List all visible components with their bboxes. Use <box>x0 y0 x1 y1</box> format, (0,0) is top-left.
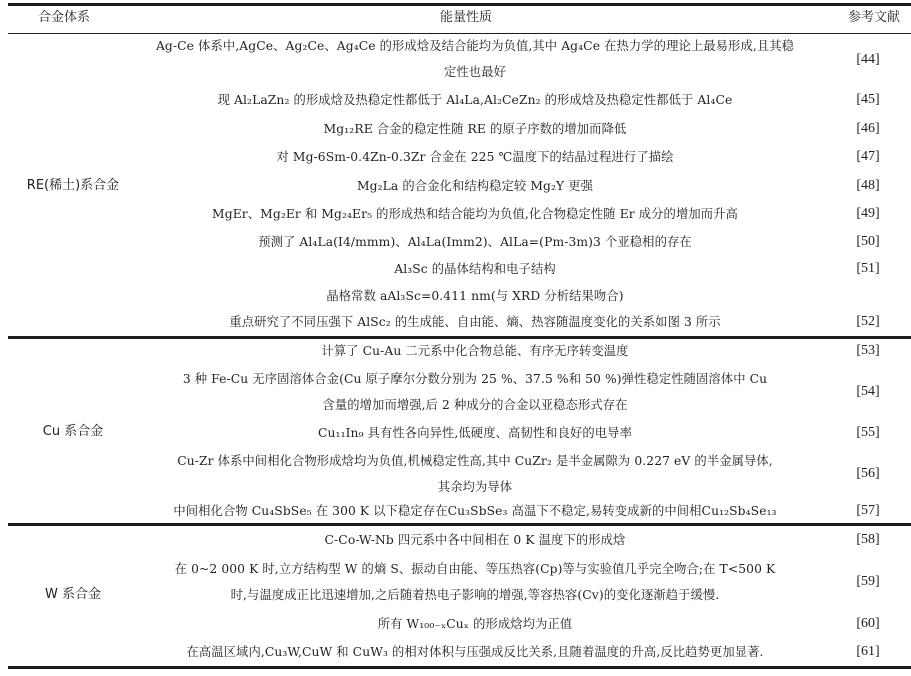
property-line: 定性也最好 <box>130 59 820 85</box>
property-line: 时,与温度成正比迅速增加,之后随着热电子影响的增强,等容热容(Cv)的变化逐渐趋… <box>130 582 820 608</box>
reference-cell: [45] <box>838 91 898 109</box>
table-row-property: MgEr、Mg₂Er 和 Mg₂₄Er₅ 的形成热和结合能均为负值,化合物稳定性… <box>130 201 820 227</box>
table-row-property: Ag-Ce 体系中,AgCe、Ag₂Ce、Ag₄Ce 的形成焓及结合能均为负值,… <box>130 33 820 85</box>
property-line: 其余均为导体 <box>130 474 820 500</box>
reference-cell: [53] <box>838 342 898 360</box>
table-row-property: 预测了 Al₄La(I4/mmm)、Al₄La(Imm2)、AlLa=(Pm-3… <box>130 229 820 255</box>
table-row-property: 对 Mg-6Sm-0.4Zn-0.3Zr 合金在 225 ℃温度下的结晶过程进行… <box>130 144 820 170</box>
table-row-property: Cu₁₁In₉ 具有性各向异性,低硬度、高韧性和良好的电导率 <box>130 420 820 446</box>
category-cu-alloys: Cu 系合金 <box>8 423 138 441</box>
reference-cell: [57] <box>838 502 898 520</box>
table-row-property: 晶格常数 aAl₃Sc=0.411 nm(与 XRD 分析结果吻合) <box>130 283 820 309</box>
table-row-property: 3 种 Fe-Cu 无序固溶体合金(Cu 原子摩尔分数分别为 25 %、37.5… <box>130 366 820 418</box>
table-row-property: C-Co-W-Nb 四元系中各中间相在 0 K 温度下的形成焓 <box>130 527 820 553</box>
reference-cell: [49] <box>838 205 898 223</box>
category-w-alloys: W 系合金 <box>8 586 138 604</box>
table-top-rule <box>8 3 911 6</box>
header-system: 合金体系 <box>38 9 90 27</box>
reference-cell: [60] <box>838 615 898 633</box>
reference-cell: [61] <box>838 643 898 661</box>
table-row-property: Al₃Sc 的晶体结构和电子结构 <box>130 256 820 282</box>
reference-cell: [55] <box>838 424 898 442</box>
header-reference: 参考文献 <box>848 9 900 27</box>
table-row-property: 所有 W₁₀₀₋ₓCuₓ 的形成焓均为正值 <box>130 611 820 637</box>
table-row-property: 计算了 Cu-Au 二元系中化合物总能、有序无序转变温度 <box>130 338 820 364</box>
reference-cell: [47] <box>838 148 898 166</box>
reference-cell: [52] <box>838 313 898 331</box>
property-line: Ag-Ce 体系中,AgCe、Ag₂Ce、Ag₄Ce 的形成焓及结合能均为负值,… <box>130 33 820 59</box>
table-row-property: Cu-Zr 体系中间相化合物形成焓均为负值,机械稳定性高,其中 CuZr₂ 是半… <box>130 448 820 500</box>
property-line: 含量的增加而增强,后 2 种成分的合金以亚稳态形式存在 <box>130 392 820 418</box>
reference-cell: [44] <box>838 51 898 69</box>
table-row-property: 在 0~2 000 K 时,立方结构型 W 的熵 S、振动自由能、等压热容(Cp… <box>130 556 820 608</box>
reference-cell: [48] <box>838 177 898 195</box>
table-row-property: 重点研究了不同压强下 AlSc₂ 的生成能、自由能、熵、热容随温度变化的关系如图… <box>130 309 820 335</box>
reference-cell: [59] <box>838 573 898 591</box>
property-line: 在 0~2 000 K 时,立方结构型 W 的熵 S、振动自由能、等压热容(Cp… <box>130 556 820 582</box>
reference-cell: [56] <box>838 465 898 483</box>
reference-cell: [50] <box>838 233 898 251</box>
property-line: 3 种 Fe-Cu 无序固溶体合金(Cu 原子摩尔分数分别为 25 %、37.5… <box>130 366 820 392</box>
property-line: Cu-Zr 体系中间相化合物形成焓均为负值,机械稳定性高,其中 CuZr₂ 是半… <box>130 448 820 474</box>
table-bottom-rule <box>8 666 911 669</box>
reference-cell: [46] <box>838 120 898 138</box>
reference-cell: [58] <box>838 531 898 549</box>
category-re-alloys: RE(稀土)系合金 <box>8 177 138 195</box>
table-row-property: 现 Al₂LaZn₂ 的形成焓及热稳定性都低于 Al₄La,Al₂CeZn₂ 的… <box>130 87 820 113</box>
table-row-property: 中间相化合物 Cu₄SbSe₅ 在 300 K 以下稳定存在Cu₃SbSe₃ 高… <box>130 498 820 524</box>
table-row-property: 在高温区域内,Cu₃W,CuW 和 CuW₃ 的相对体积与压强成反比关系,且随着… <box>130 639 820 665</box>
table-row-property: Mg₁₂RE 合金的稳定性随 RE 的原子序数的增加而降低 <box>130 116 820 142</box>
reference-cell: [54] <box>838 383 898 401</box>
header-property: 能量性质 <box>440 9 492 27</box>
table-row-property: Mg₂La 的合金化和结构稳定较 Mg₂Y 更强 <box>130 173 820 199</box>
reference-cell: [51] <box>838 260 898 278</box>
